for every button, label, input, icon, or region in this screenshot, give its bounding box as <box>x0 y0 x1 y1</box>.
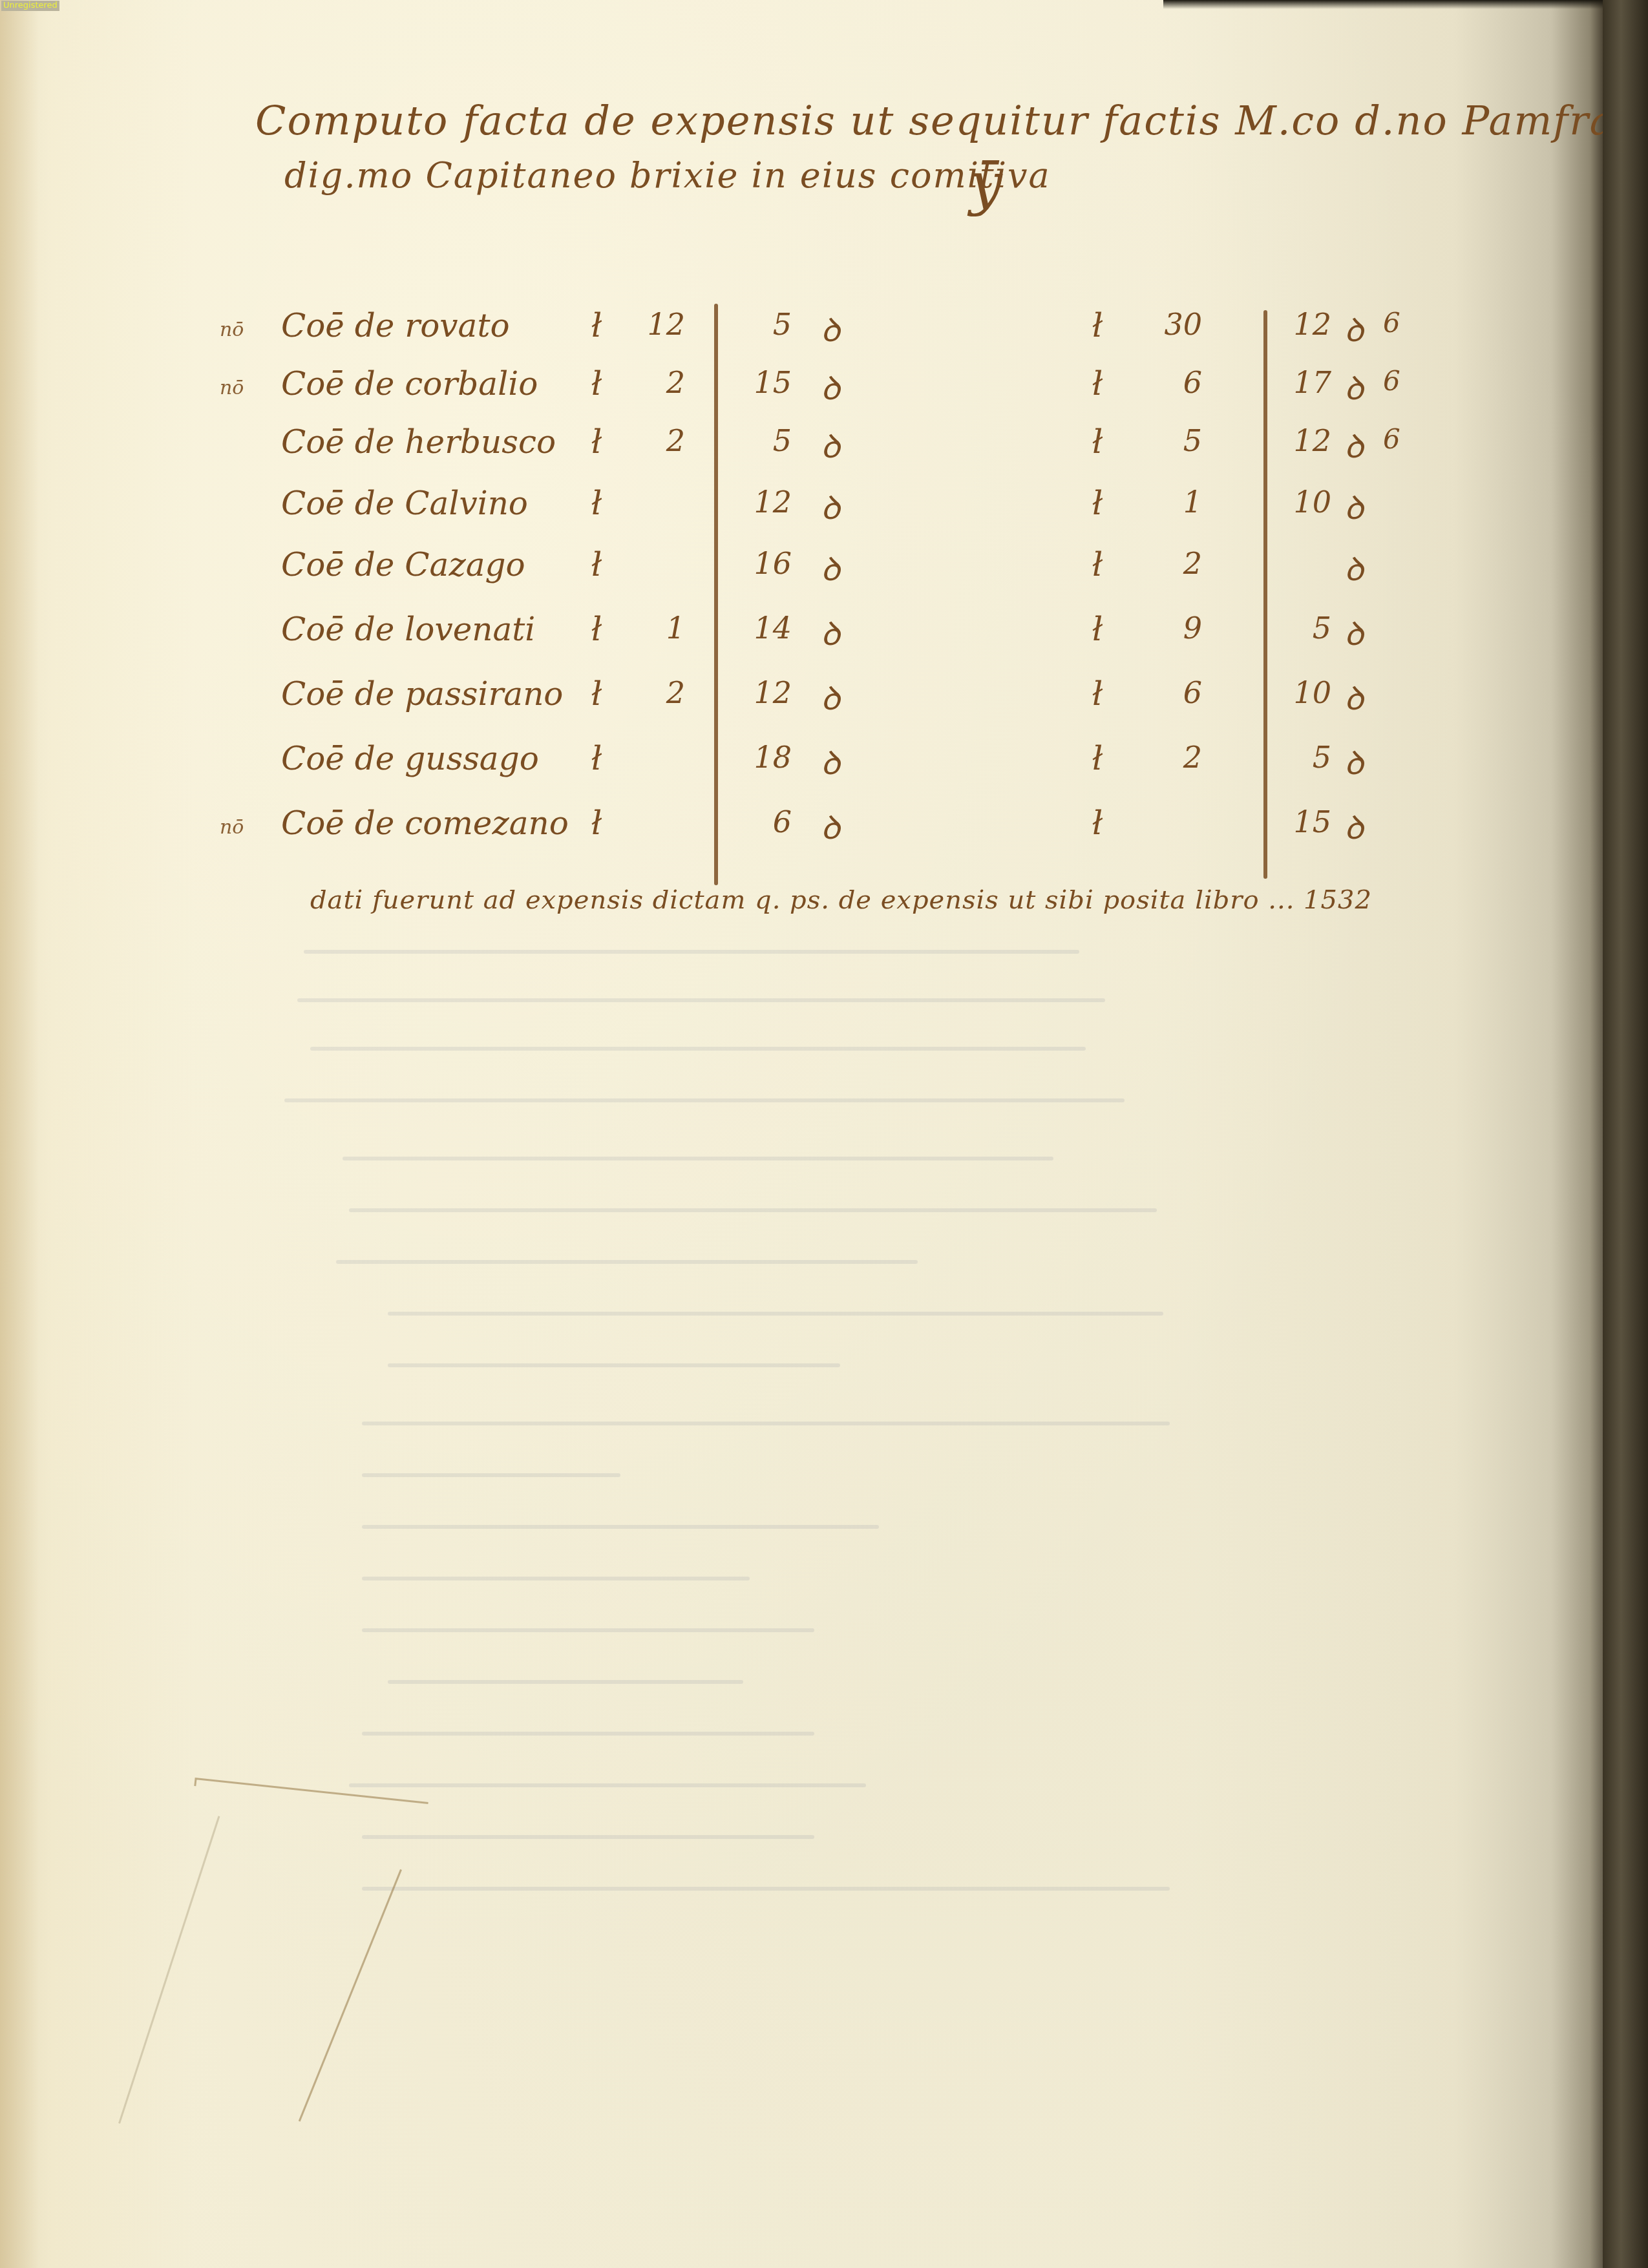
row-mark: nō <box>220 377 244 399</box>
row-mark: nō <box>220 816 244 839</box>
col2-lire: 5 <box>1150 423 1202 458</box>
col2-denari: ꝺ <box>1344 804 1364 848</box>
col1-soldi: 16 <box>746 546 792 581</box>
col1-denari: ꝺ <box>821 423 840 467</box>
lira-symbol: ł <box>1092 611 1103 648</box>
col1-lire: 2 <box>646 675 685 710</box>
heading-line-1: Computo facta de expensis ut sequitur fa… <box>255 97 1648 144</box>
col2-lire: 30 <box>1150 307 1202 342</box>
col1-soldi: 14 <box>746 611 792 646</box>
col2-soldi: 12 <box>1280 423 1331 458</box>
ledger-row: Coē de lovenati ł 1 14 ꝺ ł 9 5 ꝺ <box>220 611 1448 669</box>
col2-denari: ꝺ <box>1344 675 1364 719</box>
col1-soldi: 15 <box>746 365 792 400</box>
col2-soldi: 17 <box>1280 365 1331 400</box>
lira-symbol: ł <box>1092 485 1103 522</box>
col2-denari: ꝺ <box>1344 611 1364 655</box>
col2-denari: ꝺ <box>1344 740 1364 784</box>
row-name: Coē de herbusco <box>281 423 556 461</box>
lira-symbol: ł <box>591 804 602 842</box>
lira-symbol: ł <box>1092 423 1103 461</box>
col1-soldi: 5 <box>746 307 792 342</box>
col2-soldi: 10 <box>1280 485 1331 520</box>
closing-note: dati fuerunt ad expensis dictam q. ps. d… <box>310 885 1372 915</box>
col2-lire: 1 <box>1150 485 1202 520</box>
col1-soldi: 18 <box>746 740 792 775</box>
heading-line-2: dig.mo Capitaneo brixie in eius comitiva <box>284 155 1051 196</box>
col1-denari: ꝺ <box>821 307 840 351</box>
col1-lire: 2 <box>646 365 685 400</box>
col2-soldi: 15 <box>1280 804 1331 839</box>
col1-lire: 2 <box>646 423 685 458</box>
col2-lire: 9 <box>1150 611 1202 646</box>
col2-denari-value: 6 <box>1383 423 1400 455</box>
lira-symbol: ł <box>1092 546 1103 583</box>
lira-symbol: ł <box>1092 307 1103 344</box>
col1-denari: ꝺ <box>821 485 840 529</box>
col1-soldi: 5 <box>746 423 792 458</box>
heading-flourish: ȳ <box>969 150 1002 218</box>
row-name: Coē de rovato <box>281 307 510 344</box>
lira-symbol: ł <box>591 740 602 777</box>
row-name: Coē de passirano <box>281 675 563 713</box>
row-name: Coē de Calvino <box>281 485 528 522</box>
col2-denari: ꝺ <box>1344 546 1364 590</box>
manuscript-page: Computo facta de expensis ut sequitur fa… <box>0 0 1603 2268</box>
ledger-row: Coē de herbusco ł 2 5 ꝺ ł 5 12 ꝺ 6 <box>220 423 1448 481</box>
col1-denari: ꝺ <box>821 740 840 784</box>
row-mark: nō <box>220 319 244 341</box>
ledger-row: Coē de Calvino ł 12 ꝺ ł 1 10 ꝺ <box>220 485 1448 543</box>
ledger-row: Coē de passirano ł 2 12 ꝺ ł 6 10 ꝺ <box>220 675 1448 733</box>
lira-symbol: ł <box>1092 804 1103 842</box>
col1-denari: ꝺ <box>821 546 840 590</box>
ledger-row: nō Coē de rovato ł 12 5 ꝺ ł 30 12 ꝺ 6 <box>220 307 1448 365</box>
ledger-row: nō Coē de corbalio ł 2 15 ꝺ ł 6 17 ꝺ 6 <box>220 365 1448 423</box>
lira-symbol: ł <box>1092 365 1103 403</box>
lira-symbol: ł <box>591 611 602 648</box>
book-binding <box>1603 0 1648 2268</box>
col1-lire: 1 <box>646 611 685 646</box>
lira-symbol: ł <box>591 485 602 522</box>
lira-symbol: ł <box>591 675 602 713</box>
col2-denari-value: 6 <box>1383 365 1400 397</box>
col2-lire: 6 <box>1150 365 1202 400</box>
lira-symbol: ł <box>591 423 602 461</box>
col2-denari: ꝺ <box>1344 365 1364 409</box>
col2-soldi: 5 <box>1280 740 1331 775</box>
lira-symbol: ł <box>1092 740 1103 777</box>
ledger-row: Coē de gussago ł 18 ꝺ ł 2 5 ꝺ <box>220 740 1448 798</box>
edge-stain <box>0 0 39 2268</box>
col2-lire: 2 <box>1150 740 1202 775</box>
row-name: Coē de comezano <box>281 804 569 842</box>
row-name: Coē de Cazago <box>281 546 525 583</box>
lira-symbol: ł <box>1092 675 1103 713</box>
col1-soldi: 6 <box>746 804 792 839</box>
col2-soldi: 10 <box>1280 675 1331 710</box>
unregistered-watermark: Unregistered <box>1 1 59 11</box>
col1-soldi: 12 <box>746 485 792 520</box>
lira-symbol: ł <box>591 546 602 583</box>
col2-denari-value: 6 <box>1383 307 1400 339</box>
row-name: Coē de lovenati <box>281 611 535 648</box>
col2-soldi: 5 <box>1280 611 1331 646</box>
col1-denari: ꝺ <box>821 804 840 848</box>
ledger-row: nō Coē de comezano ł 6 ꝺ ł 15 ꝺ <box>220 804 1448 863</box>
col2-denari: ꝺ <box>1344 307 1364 351</box>
col1-soldi: 12 <box>746 675 792 710</box>
row-name: Coē de gussago <box>281 740 539 777</box>
col2-lire: 6 <box>1150 675 1202 710</box>
col1-denari: ꝺ <box>821 675 840 719</box>
col2-denari: ꝺ <box>1344 485 1364 529</box>
lira-symbol: ł <box>591 307 602 344</box>
lira-symbol: ł <box>591 365 602 403</box>
scan-shadow <box>1163 0 1648 9</box>
col1-lire: 12 <box>646 307 685 342</box>
col1-denari: ꝺ <box>821 611 840 655</box>
col2-denari: ꝺ <box>1344 423 1364 467</box>
col1-denari: ꝺ <box>821 365 840 409</box>
row-name: Coē de corbalio <box>281 365 538 403</box>
col2-soldi: 12 <box>1280 307 1331 342</box>
col2-lire: 2 <box>1150 546 1202 581</box>
ledger-row: Coē de Cazago ł 16 ꝺ ł 2 ꝺ <box>220 546 1448 604</box>
